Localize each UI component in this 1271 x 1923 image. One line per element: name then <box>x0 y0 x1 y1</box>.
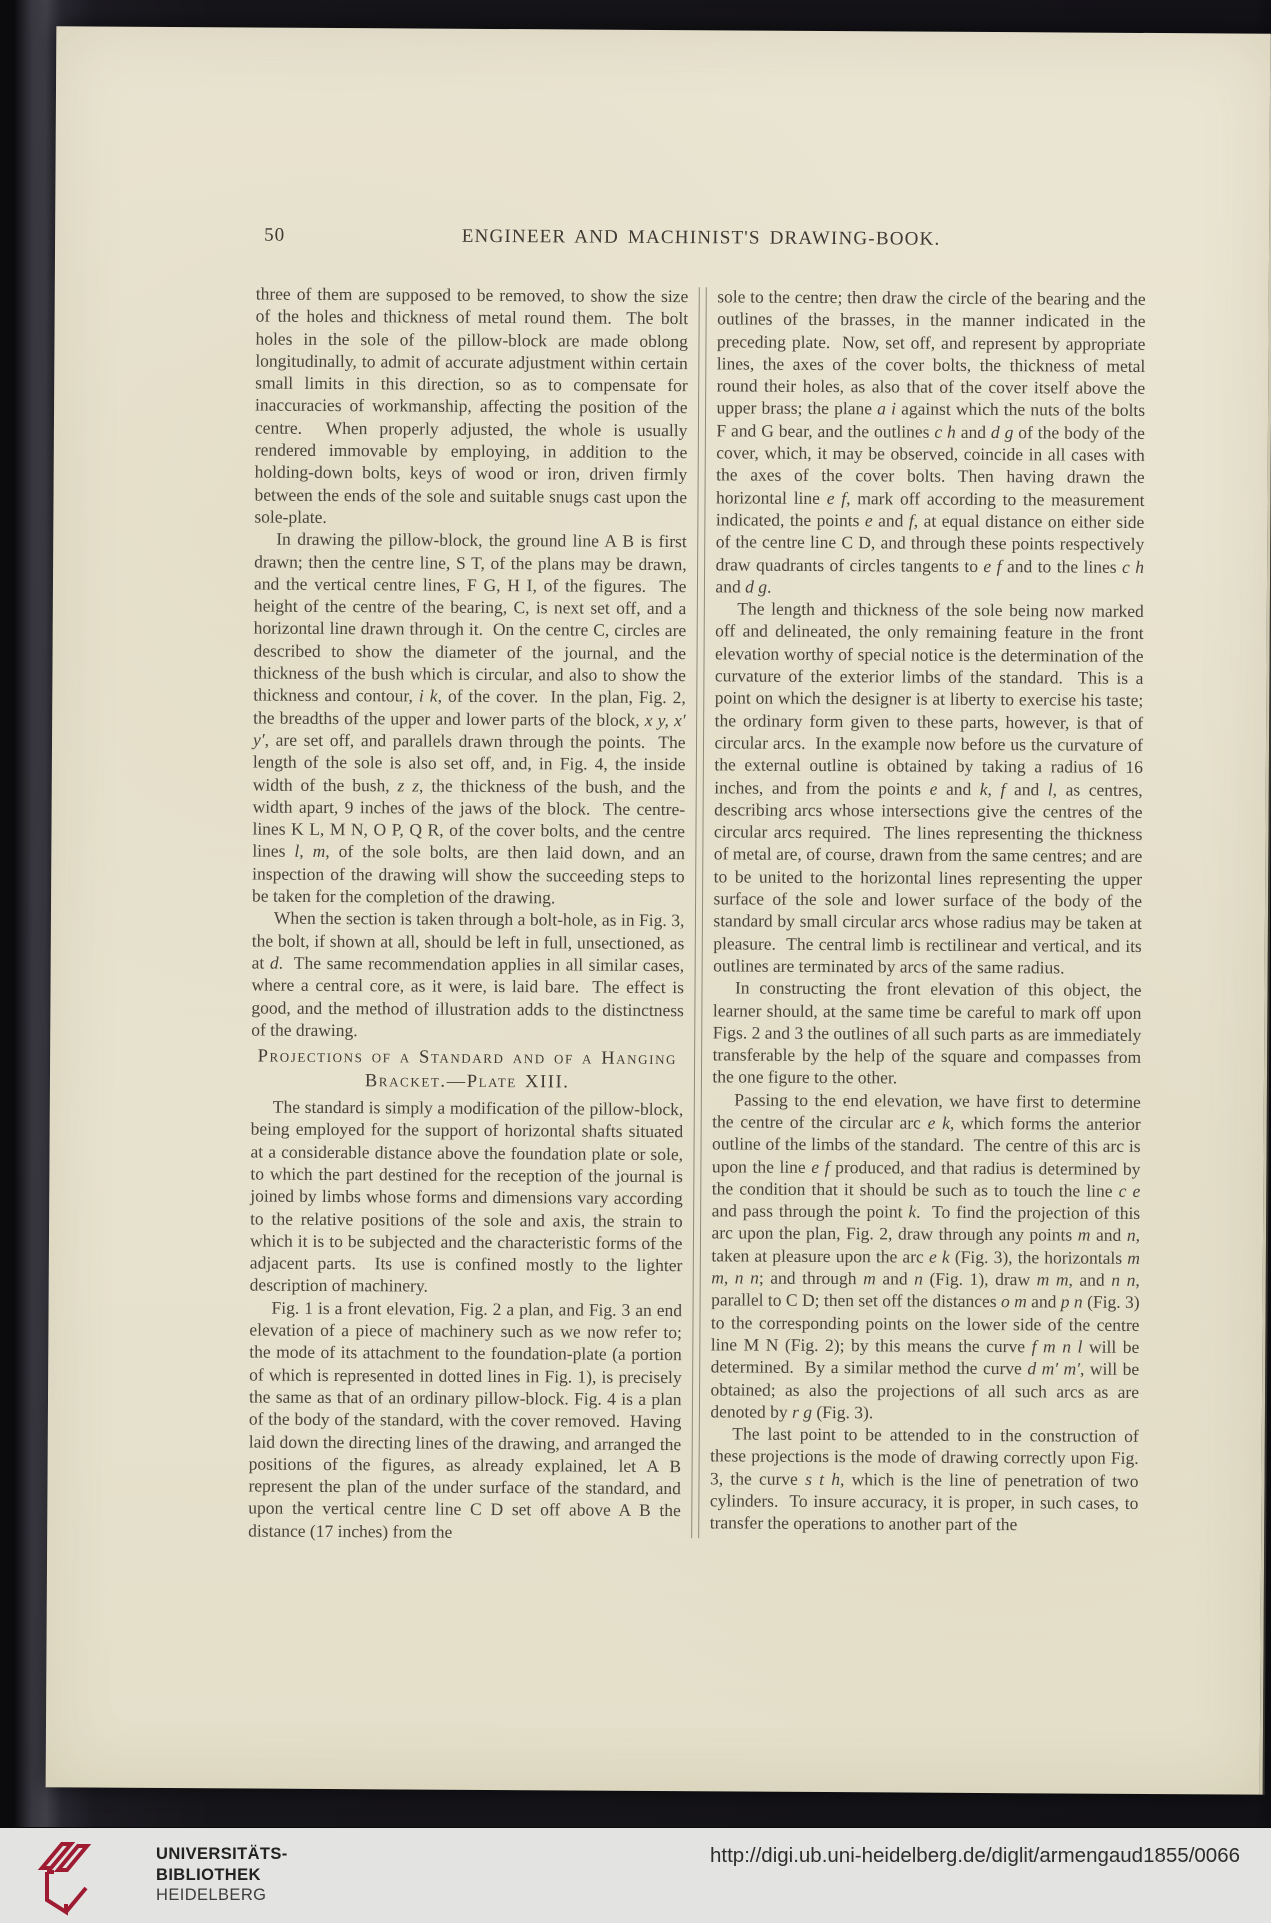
university-library-logo-icon <box>34 1838 138 1916</box>
paragraph: When the section is taken through a bolt… <box>251 907 684 1043</box>
paragraph: Passing to the end elevation, we have fi… <box>710 1088 1141 1425</box>
library-name-line2: BIBLIOTHEK <box>156 1865 288 1886</box>
library-name: UNIVERSITÄTS- BIBLIOTHEK HEIDELBERG <box>156 1844 288 1906</box>
paragraph: The last point to be attended to in the … <box>710 1422 1139 1536</box>
paragraph: The standard is simply a modification of… <box>250 1096 684 1299</box>
paragraph: The length and thickness of the sole bei… <box>713 597 1144 979</box>
section-heading-line: Bracket.—Plate XIII. <box>251 1069 684 1095</box>
page-content: 50 ENGINEER AND MACHINIST'S DRAWING-BOOK… <box>248 224 1146 1547</box>
section-heading-line: Projections of a Standard and of a Hangi… <box>251 1046 684 1072</box>
paragraph: In drawing the pillow-block, the ground … <box>252 528 687 910</box>
paragraph: sole to the centre; then draw the circle… <box>715 285 1145 600</box>
library-name-line1: UNIVERSITÄTS- <box>156 1844 288 1865</box>
library-footer-bar: UNIVERSITÄTS- BIBLIOTHEK HEIDELBERG http… <box>0 1827 1271 1923</box>
left-column: three of them are supposed to be removed… <box>248 283 688 1545</box>
library-name-line3: HEIDELBERG <box>156 1885 288 1906</box>
paragraph: three of them are supposed to be removed… <box>254 283 688 531</box>
book-page: 50 ENGINEER AND MACHINIST'S DRAWING-BOOK… <box>46 26 1271 1794</box>
paragraph: In constructing the front elevation of t… <box>712 977 1141 1091</box>
running-head: 50 ENGINEER AND MACHINIST'S DRAWING-BOOK… <box>256 224 1146 253</box>
section-heading: Projections of a Standard and of a Hangi… <box>251 1046 684 1096</box>
page-number: 50 <box>264 224 285 248</box>
scan-source-url: http://digi.ub.uni-heidelberg.de/diglit/… <box>710 1844 1240 1868</box>
scanner-background: 50 ENGINEER AND MACHINIST'S DRAWING-BOOK… <box>0 0 1271 1827</box>
column-divider-rule <box>691 287 708 1538</box>
text-columns: three of them are supposed to be removed… <box>248 283 1146 1547</box>
right-column: sole to the centre; then draw the circle… <box>710 285 1146 1547</box>
paragraph: Fig. 1 is a front elevation, Fig. 2 a pl… <box>248 1296 682 1544</box>
running-title: ENGINEER AND MACHINIST'S DRAWING-BOOK. <box>256 224 1146 253</box>
